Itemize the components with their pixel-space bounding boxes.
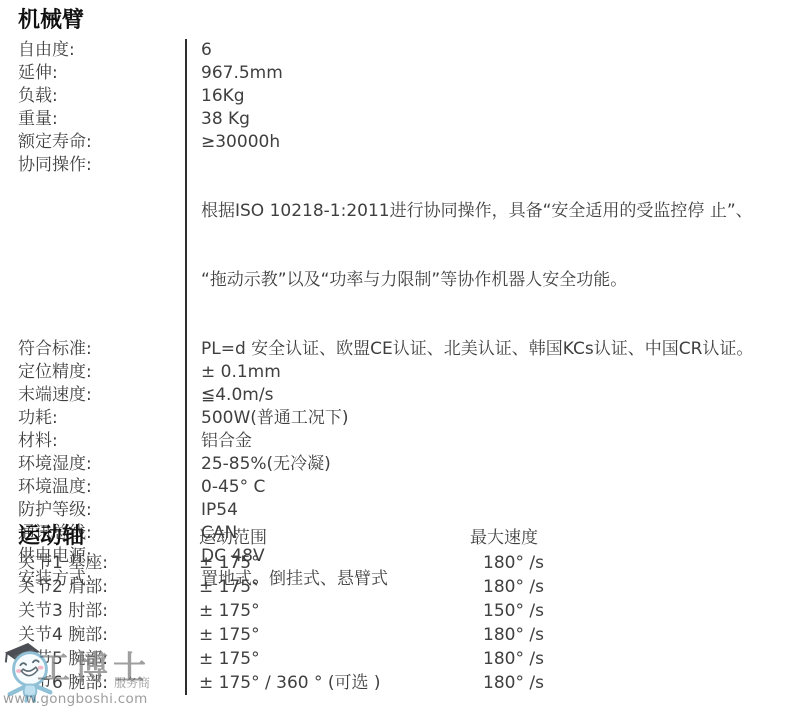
spec-row: 环境温度: 0-45° C: [18, 476, 796, 499]
spec-value-line1: 根据ISO 10218-1:2011进行协同操作，具备“安全适用的受监控停 止”…: [201, 200, 796, 223]
joint-label: 关节1 基座:: [18, 551, 185, 575]
spec-value: 500W(普通工况下): [185, 407, 796, 430]
spec-row: 功耗: 500W(普通工况下): [18, 407, 796, 430]
spec-value: IP54: [185, 499, 796, 522]
spec-row: 环境湿度: 25-85%(无冷凝): [18, 453, 796, 476]
column-header-max-speed: 最大速度: [470, 525, 538, 551]
spec-label: 符合标准:: [18, 338, 185, 361]
axes-row: 关节2 肩部: ± 175° 180° /s: [18, 575, 796, 599]
spec-value: 0-45° C: [185, 476, 796, 499]
spec-label: 环境温度:: [18, 476, 185, 499]
joint-label: 关节3 肘部:: [18, 599, 185, 623]
spec-label: 延伸:: [18, 62, 185, 85]
spec-row: 协同操作: 根据ISO 10218-1:2011进行协同操作，具备“安全适用的受…: [18, 154, 796, 338]
spec-label: 重量:: [18, 108, 185, 131]
spec-label: 材料:: [18, 430, 185, 453]
spec-row: 自由度: 6: [18, 39, 796, 62]
spec-row: 延伸: 967.5mm: [18, 62, 796, 85]
arm-section-title: 机械臂: [18, 8, 796, 34]
joint-speed: 150° /s: [470, 599, 544, 623]
spec-label: 定位精度:: [18, 361, 185, 384]
axes-row: 关节3 肘部: ± 175° 150° /s: [18, 599, 796, 623]
spec-row: 末端速度: ≦4.0m/s: [18, 384, 796, 407]
spec-value: 38 Kg: [185, 108, 796, 131]
joint-speed: 180° /s: [470, 671, 544, 695]
spec-label: 防护等级:: [18, 499, 185, 522]
spec-sheet-page: 机械臂 自由度: 6 延伸: 967.5mm 负载: 16Kg 重量: 38 K…: [0, 0, 810, 719]
joint-label: 关节2 肩部:: [18, 575, 185, 599]
spec-value: 16Kg: [185, 85, 796, 108]
spec-value: PL=d 安全认证、欧盟CE认证、北美认证、韩国KCs认证、中国CR认证。: [185, 338, 796, 361]
spec-value: ± 0.1mm: [185, 361, 796, 384]
joint-speed: 180° /s: [470, 623, 544, 647]
spec-value: 6: [185, 39, 796, 62]
spec-label: 功耗:: [18, 407, 185, 430]
axes-header-row: 运动轴 运动范围 最大速度: [18, 524, 796, 551]
spec-row: 防护等级: IP54: [18, 499, 796, 522]
joint-range: ± 175°: [185, 575, 470, 599]
axes-section-title: 运动轴: [18, 524, 185, 550]
spec-value: 25-85%(无冷凝): [185, 453, 796, 476]
spec-value-line2: “拖动示教”以及“功率与力限制”等协作机器人安全功能。: [201, 269, 796, 292]
spec-label: 末端速度:: [18, 384, 185, 407]
axes-row: 关节1 基座: ± 175° 180° /s: [18, 551, 796, 575]
spec-row: 材料: 铝合金: [18, 430, 796, 453]
joint-range: ± 175°: [185, 599, 470, 623]
spec-label: 额定寿命:: [18, 131, 185, 154]
spec-value: ≦4.0m/s: [185, 384, 796, 407]
spec-value: 铝合金: [185, 430, 796, 453]
spec-row: 负载: 16Kg: [18, 85, 796, 108]
joint-speed: 180° /s: [470, 575, 544, 599]
spec-row: 符合标准: PL=d 安全认证、欧盟CE认证、北美认证、韩国KCs认证、中国CR…: [18, 338, 796, 361]
column-header-range: 运动范围: [185, 525, 470, 551]
watermark: 工博士 服务商 www.gongboshi.com: [0, 628, 230, 719]
spec-value: 根据ISO 10218-1:2011进行协同操作，具备“安全适用的受监控停 止”…: [185, 154, 796, 338]
spec-row: 定位精度: ± 0.1mm: [18, 361, 796, 384]
joint-range: ± 175°: [185, 551, 470, 575]
watermark-url: www.gongboshi.com: [3, 691, 148, 707]
spec-value: ≥30000h: [185, 131, 796, 154]
spec-label: 自由度:: [18, 39, 185, 62]
spec-label: 协同操作:: [18, 154, 185, 338]
joint-speed: 180° /s: [470, 551, 544, 575]
joint-speed: 180° /s: [470, 647, 544, 671]
spec-row: 额定寿命: ≥30000h: [18, 131, 796, 154]
watermark-tagline: 服务商: [114, 674, 150, 691]
arm-spec-section: 机械臂 自由度: 6 延伸: 967.5mm 负载: 16Kg 重量: 38 K…: [18, 8, 796, 591]
spec-value: 967.5mm: [185, 62, 796, 85]
spec-label: 环境湿度:: [18, 453, 185, 476]
spec-label: 负载:: [18, 85, 185, 108]
spec-row: 重量: 38 Kg: [18, 108, 796, 131]
